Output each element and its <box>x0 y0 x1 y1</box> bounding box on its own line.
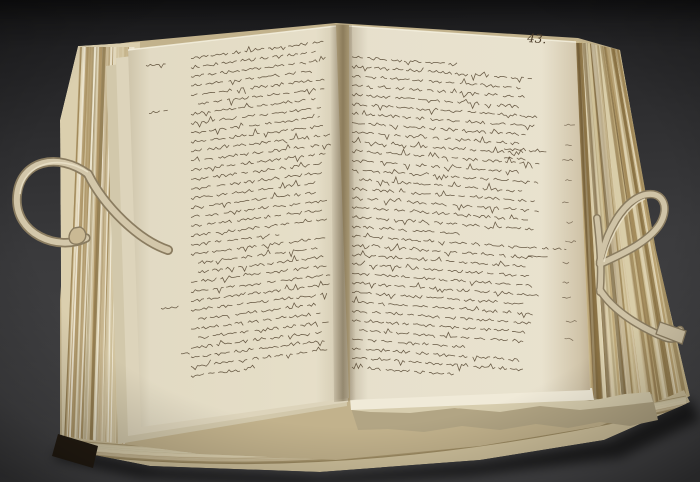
right-page-shading <box>349 26 590 400</box>
left-ribbon-knot <box>69 227 86 244</box>
book: 43. <box>17 23 690 472</box>
page-number: 43. <box>526 31 547 46</box>
left-page-shading <box>128 26 349 427</box>
gutter-shadow <box>330 24 356 402</box>
photo-of-manuscript: 43. <box>0 0 700 482</box>
manuscript-scene: 43. <box>0 0 700 482</box>
